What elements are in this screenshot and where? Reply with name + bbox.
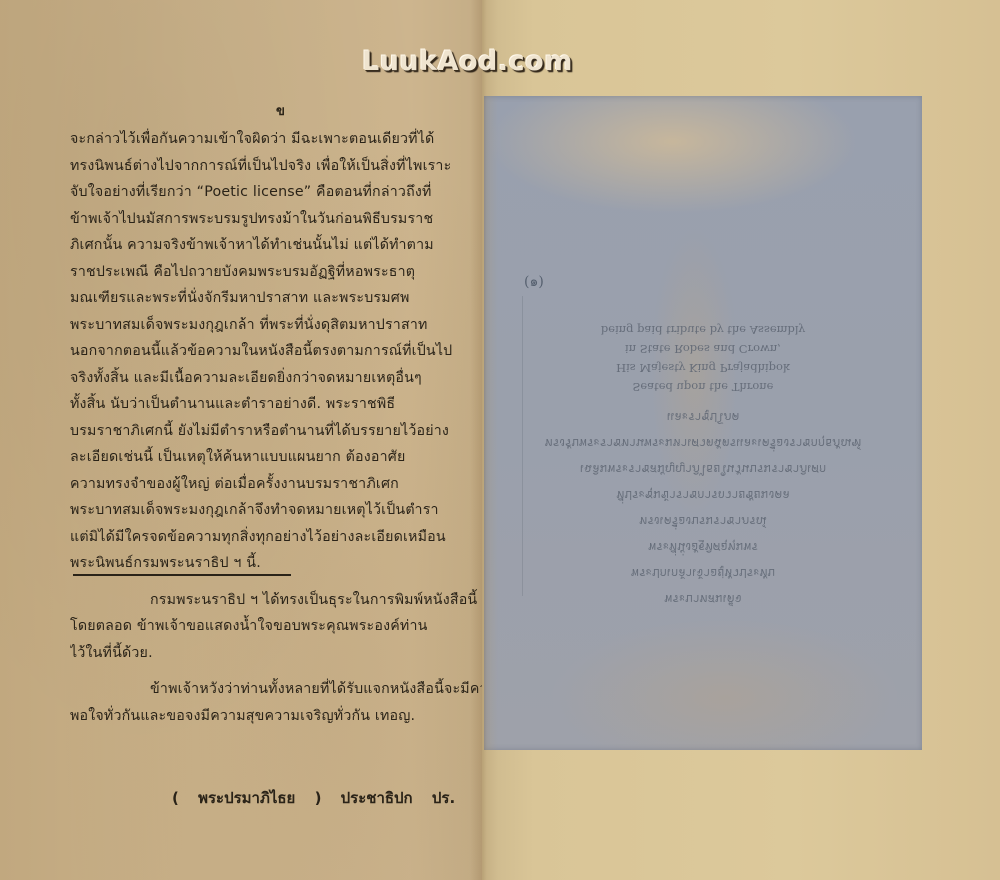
- watermark-logo: LuukAod.com: [362, 46, 573, 77]
- text-line: ราชประเพณี คือไปถวายบังคมพระบรมอัฏฐิที่ห…: [70, 259, 482, 286]
- caption-english-block: Seated upon the Throne His Majesty King …: [484, 320, 922, 396]
- text-line: แต่มิได้มีใครจดข้อความทุกสิ่งทุกอย่างไว้…: [70, 524, 482, 551]
- text-line: นอกจากตอนนี้แล้วข้อความในหนังสือนี้ตรงตา…: [70, 338, 482, 365]
- caption-thai-line: และราชูปโภค: [484, 404, 922, 430]
- text-line: ภิเศกนั้น ความจริงข้าพเจ้าหาได้ทำเช่นนั้…: [70, 232, 482, 259]
- text-line: ละเอียดเช่นนี้ เป็นเหตุให้ค้นหาแบบแผนยาก…: [70, 444, 482, 471]
- royal-signature: ( พระปรมาภิไธย ) ประชาธิปก ปร.: [172, 786, 455, 810]
- text-line: พระบาทสมเด็จพระมงกุฎเกล้า ที่พระที่นั่งด…: [70, 312, 482, 339]
- text-line: ไว้ในที่นี้ด้วย.: [70, 640, 482, 667]
- caption-thai-line: ทรงเครื่องบรมราชาภรณ์: [484, 508, 922, 534]
- text-line: จริงทั้งสิ้น และมีเนื้อความละเอียดยิ่งกว…: [70, 365, 482, 392]
- text-line: พระบาทสมเด็จพระมงกุฎเกล้าจึงทำจดหมายเหตุ…: [70, 497, 482, 524]
- caption-thai-line: พระปกเกล้าเจ้าอยู่หัวประทับ: [484, 560, 922, 586]
- text-line: ความทรงจำของผู้ใหญ่ ต่อเมื่อครั้งงานบรมร…: [70, 471, 482, 498]
- text-line: ข้าพเจ้าหวังว่าท่านทั้งหลายที่ได้รับแจกห…: [70, 676, 482, 703]
- left-page-body: จะกล่าวไว้เพื่อกันความเข้าใจผิดว่า มีฉะเ…: [70, 126, 482, 729]
- plate-caption-mirrored: พระบาทสมเด็จ พระปกเกล้าเจ้าอยู่หัวประทับ…: [484, 292, 922, 612]
- photo-plate-bleedthrough: (๑) พระบาทสมเด็จ พระปกเกล้าเจ้าอยู่หัวปร…: [484, 96, 922, 750]
- caption-thai-line: เฉลิมพระราชสมัญญาภิไธยในวันบรมราชาภิเศก: [484, 456, 922, 482]
- caption-english-line: in State Robes and Crown,: [484, 339, 922, 358]
- caption-thai-line: ที่ประชุมข้าราชการถวายชัยมงคล: [484, 482, 922, 508]
- caption-english-line: Seated upon the Throne: [484, 377, 922, 396]
- page-number: ข: [276, 100, 285, 121]
- caption-english-line: being paid tribute by the Assembly: [484, 320, 922, 339]
- text-line: กรมพระนราธิป ฯ ได้ทรงเป็นธุระในการพิมพ์ห…: [70, 587, 482, 614]
- caption-thai-line: พระบาทสมเด็จ: [484, 586, 922, 612]
- plate-number: (๑): [524, 271, 544, 293]
- caption-thai-line: ทรงรับพระราชทานพระมหาเศวตฉัตรและเครื่องร…: [484, 430, 922, 456]
- caption-thai-line: พระที่นั่งอัฐทิศอุทุมพร: [484, 534, 922, 560]
- caption-english-line: His Majesty King Prajadhipok: [484, 358, 922, 377]
- handwritten-underline: [73, 574, 291, 576]
- text-line: ข้าพเจ้าไปนมัสการพระบรมรูปทรงม้าในวันก่อ…: [70, 206, 482, 233]
- text-line: พอใจทั่วกันและขอจงมีความสุขความเจริญทั่ว…: [70, 703, 482, 730]
- text-line: โดยตลอด ข้าพเจ้าขอแสดงน้ำใจขอบพระคุณพระอ…: [70, 613, 482, 640]
- text-line: มณเฑียรและพระที่นั่งจักรีมหาปราสาท และพร…: [70, 285, 482, 312]
- text-line: ทั้งสิ้น นับว่าเป็นตำนานและตำราอย่างดี. …: [70, 391, 482, 418]
- text-line: บรมราชาภิเศกนี้ ยังไม่มีตำราหรือตำนานที่…: [70, 418, 482, 445]
- text-line: ทรงนิพนธ์ต่างไปจากการณ์ที่เป็นไปจริง เพื…: [70, 153, 482, 180]
- text-line: จับใจอย่างที่เรียกว่า “Poetic license” ค…: [70, 179, 482, 206]
- text-line: จะกล่าวไว้เพื่อกันความเข้าใจผิดว่า มีฉะเ…: [70, 126, 482, 153]
- text-line: พระนิพนธ์กรมพระนราธิป ฯ นี้.: [70, 550, 482, 577]
